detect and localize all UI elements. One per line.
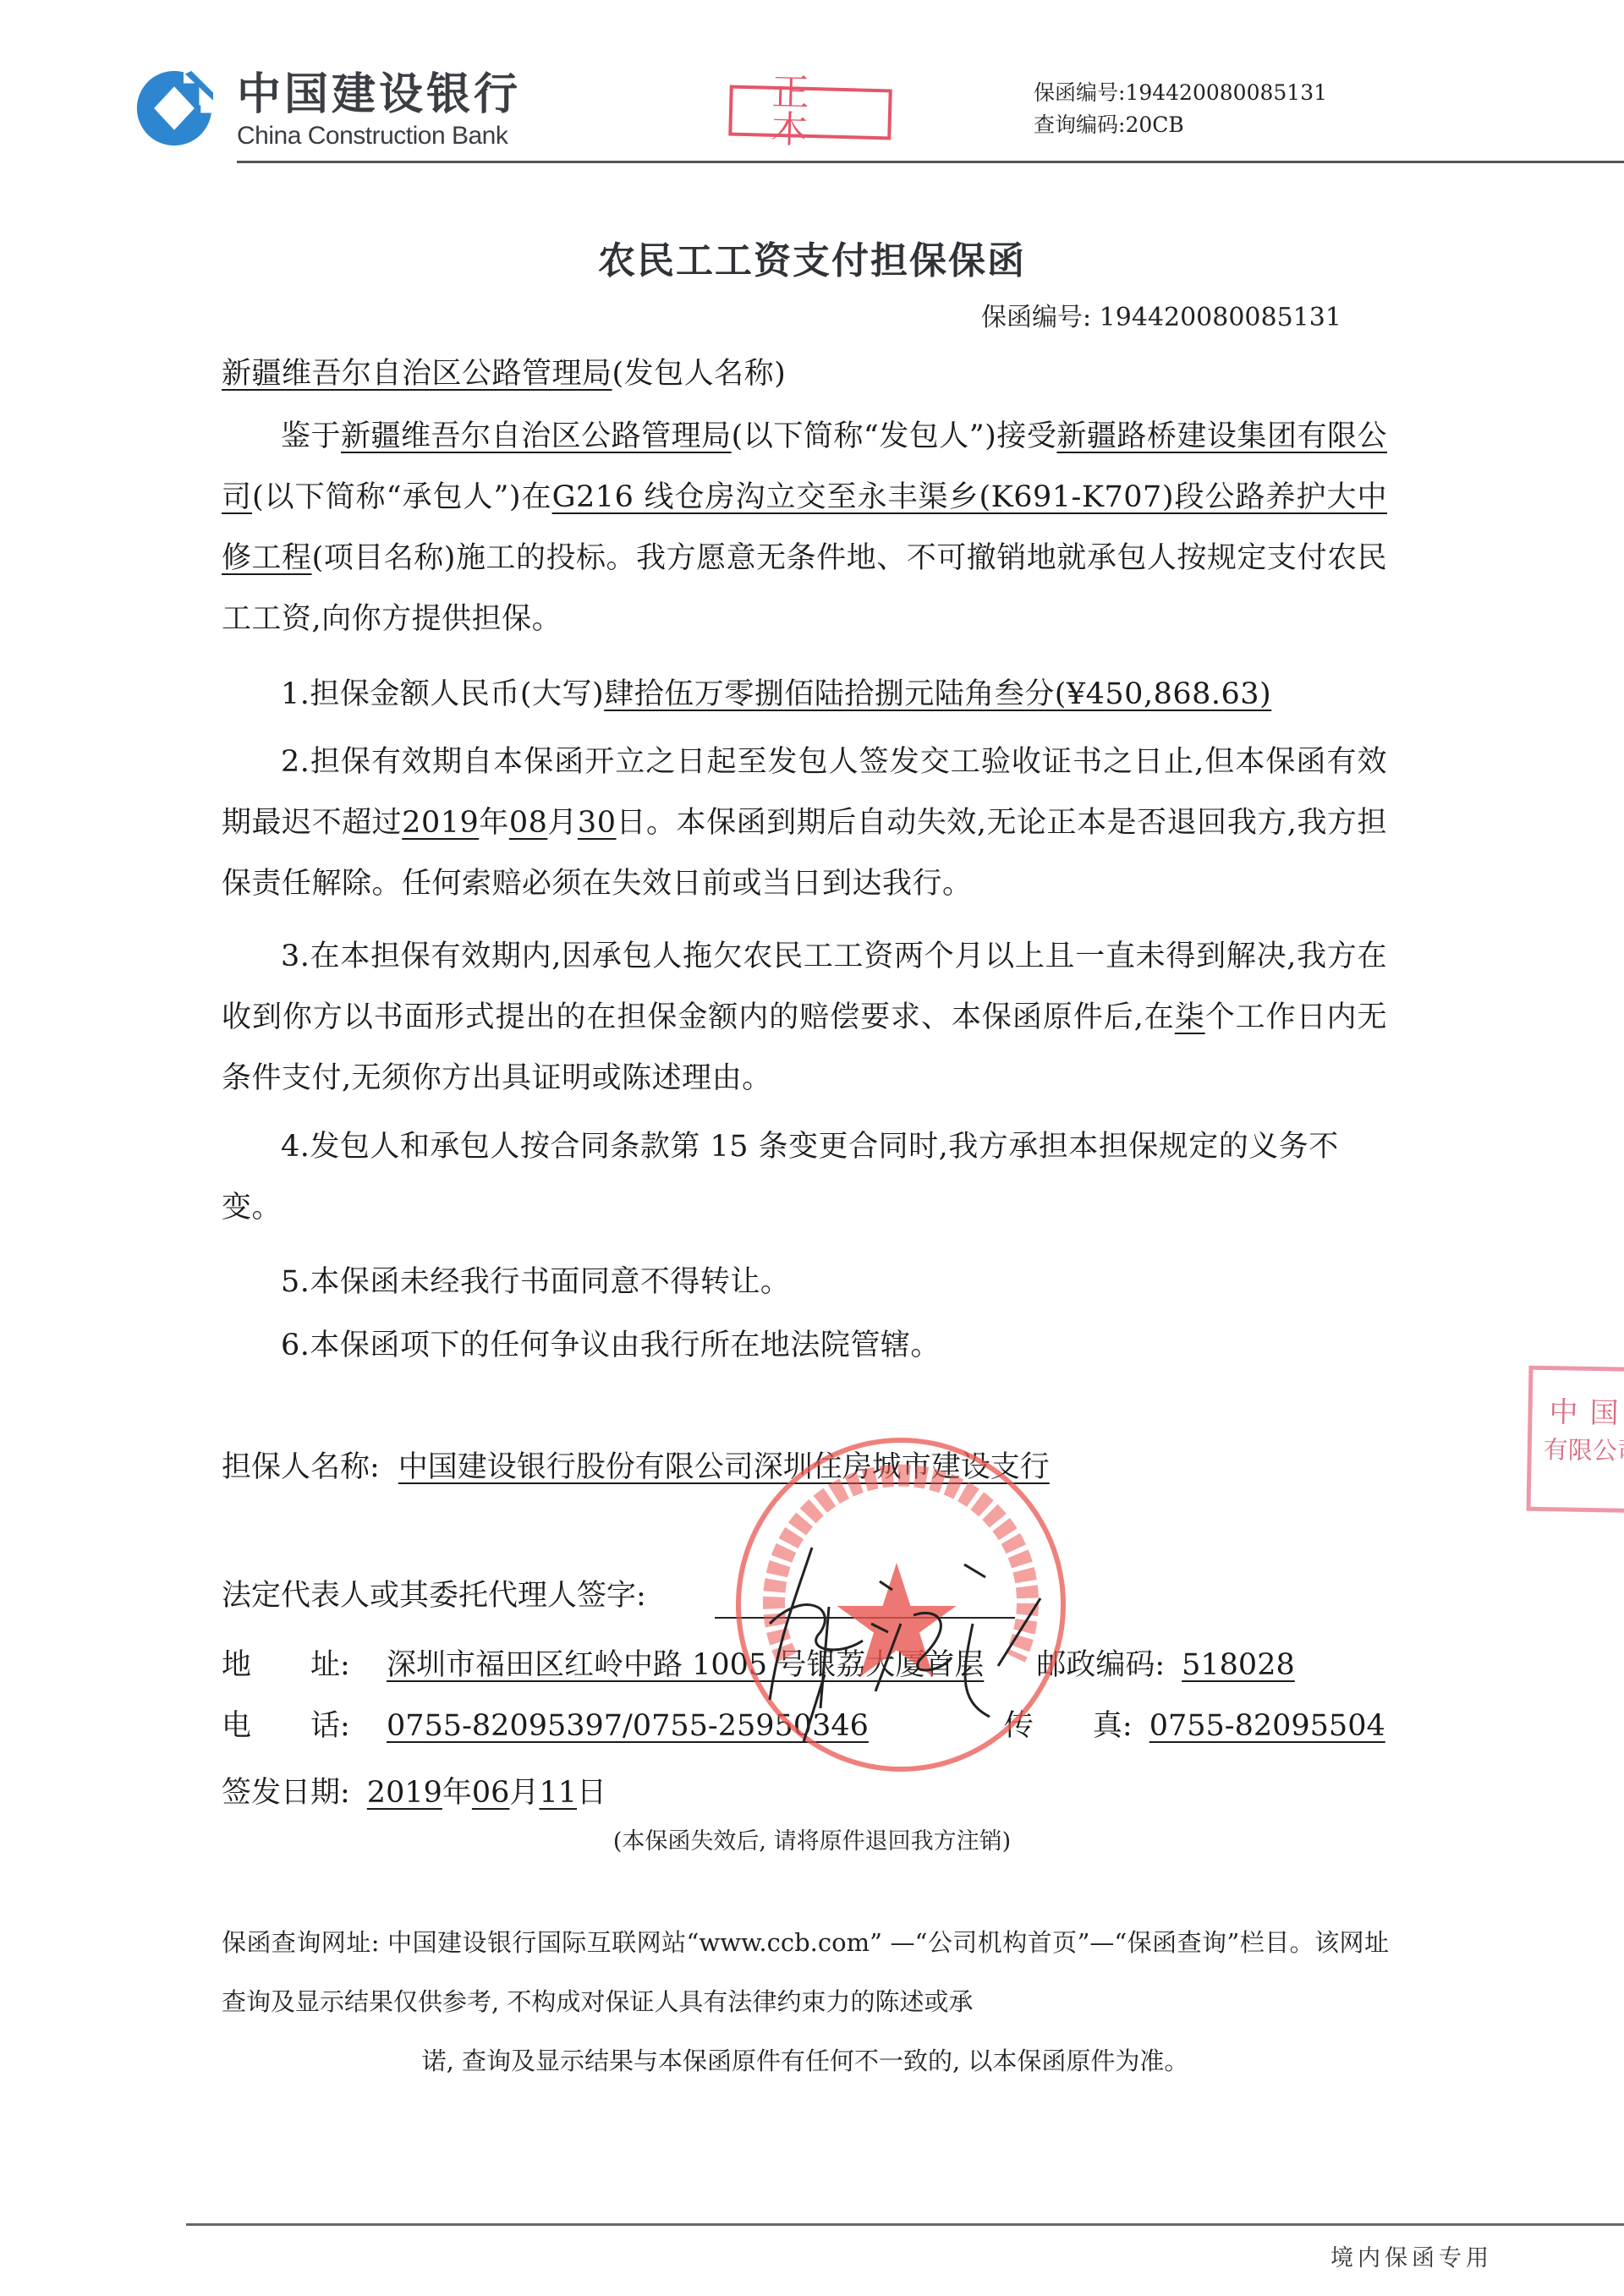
ccb-logo-icon [135,69,213,147]
expiry-year: 2019 [402,806,479,840]
issue-month: 06 [472,1776,510,1810]
phone-label: 电 话: [222,1712,387,1741]
query-instructions: 保函查询网址: 中国建设银行国际互联网站“www.ccb.com” —“公司机构… [222,1913,1389,2091]
query-code-value: 20CB [1125,112,1183,137]
document-title: 农民工工资支付担保保函 [0,230,1624,284]
domestic-use-label: 境内保函专用 [1330,2239,1493,2272]
original-copy-stamp: 正本 [728,85,892,140]
payment-days: 柒 [1175,1000,1205,1034]
clause-text: 1.担保金额人民币(大写) [281,677,604,711]
issue-day: 11 [539,1776,577,1810]
guarantee-amount: 肆拾伍万零捌佰陆拾捌元陆角叁分(¥450,868.63) [604,677,1271,711]
return-note: (本保函失效后, 请将原件退回我方注销) [0,1822,1624,1855]
day-label: 日 [616,806,646,840]
header-divider [237,161,1624,163]
clause-2: 2.担保有效期自本保函开立之日起至发包人签发交工验收证书之日止,但本保函有效期最… [222,732,1387,914]
handwritten-signature [744,1497,1083,1742]
legal-rep-label: 法定代表人或其委托代理人签字: [222,1581,646,1611]
clause-5: 5.本保函未经我行书面同意不得转让。 [222,1252,1387,1312]
guarantee-no-label: 保函编号: [1034,80,1125,105]
clause-4: 4.发包人和承包人按合同条款第 15 条变更合同时,我方承担本担保规定的义务不变… [222,1116,1387,1238]
issue-date-row: 签发日期:2019年06月11日 [222,1778,606,1808]
fax-value: 0755-82095504 [1149,1709,1385,1743]
year-label: 年 [479,806,509,840]
bank-name-cn: 中国建设银行 [237,73,521,117]
query-text: 保函查询网址: 中国建设银行国际互联网站“www.ccb.com” —“公司机构… [222,1928,1389,2016]
side-seal-text: 有限公司 [1543,1431,1624,1467]
header-guarantee-no: 保函编号:194420080085131 [1034,82,1327,103]
side-seal-stamp: 中国 有限公司 [1527,1366,1624,1514]
intro-text: (以下简称“承包人”)在 [252,480,552,514]
intro-text: (以下简称“发包人”)接受 [732,419,1057,453]
addressee-suffix: (发包人名称) [612,357,787,391]
year-label: 年 [442,1776,472,1810]
month-label: 月 [509,1776,539,1810]
month-label: 月 [547,806,578,840]
guarantor-label: 担保人名称: [222,1450,380,1484]
query-text-last: 诺, 查询及显示结果与本保函原件有任何不一致的, 以本保函原件为准。 [222,2031,1389,2091]
query-code-label: 查询编码: [1034,112,1125,137]
employer-name: 新疆维吾尔自治区公路管理局 [341,419,732,453]
side-seal-text: 中国 [1549,1389,1624,1432]
bank-name-en: China Construction Bank [237,123,507,149]
intro-text: 鉴于 [281,419,341,453]
footer-divider [186,2223,1624,2226]
clause-1: 1.担保金额人民币(大写)肆拾伍万零捌佰陆拾捌元陆角叁分(¥450,868.63… [222,664,1387,725]
clause-3: 3.在本担保有效期内,因承包人拖欠农民工工资两个月以上且一直未得到解决,我方在收… [222,926,1387,1109]
expiry-month: 08 [509,806,548,840]
addressee: 新疆维吾尔自治区公路管理局(发包人名称) [222,343,1387,404]
document-number: 保函编号: 194420080085131 [981,296,1341,333]
postcode-value: 518028 [1182,1648,1295,1682]
intro-paragraph: 鉴于新疆维吾尔自治区公路管理局(以下简称“发包人”)接受新疆路桥建设集团有限公司… [222,406,1387,649]
day-label: 日 [577,1776,606,1810]
guarantee-no-value: 194420080085131 [1125,80,1327,105]
expiry-day: 30 [578,806,617,840]
clause-6: 6.本保函项下的任何争议由我行所在地法院管辖。 [222,1315,1387,1376]
issue-date-label: 签发日期: [222,1776,350,1810]
addressee-name: 新疆维吾尔自治区公路管理局 [222,357,612,391]
issue-year: 2019 [367,1776,442,1810]
address-label: 地 址: [222,1651,387,1680]
header-query-code: 查询编码:20CB [1034,114,1184,135]
intro-text: (项目名称)施工的投标。我方愿意无条件地、不可撤销地就承包人按规定支付农民工工资… [222,541,1387,636]
